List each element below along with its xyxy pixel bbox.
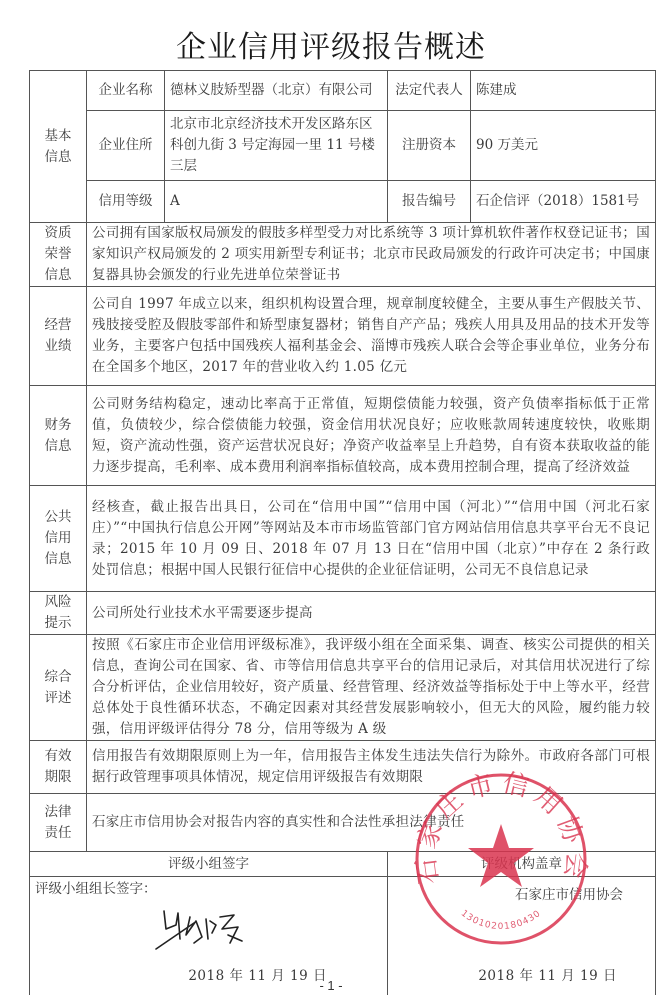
section-label-public-credit: 公共信用信息 (30, 486, 87, 592)
row-public-credit: 公共信用信息 经核查，截止报告出具日，公司在“信用中国”“信用中国（河北）”“信… (30, 486, 656, 592)
rating-team-signature-header: 评级小组签字 (30, 852, 388, 877)
row-qualifications: 资质荣誉信息 公司拥有国家版权局颁发的假肢多样型受力对比系统等 3 项计算机软件… (30, 223, 656, 287)
performance-text: 公司自 1997 年成立以来，组织机构设置合理，规章制度较健全，主要从事生产假肢… (87, 287, 656, 386)
section-label-basic-info: 基本信息 (30, 71, 87, 223)
row-legal: 法律责任 石家庄市信用协会对报告内容的真实性和合法性承担法律责任 (30, 794, 656, 852)
handwritten-signature (150, 899, 250, 959)
legal-rep-label: 法定代表人 (388, 71, 471, 111)
section-label-qualifications: 资质荣誉信息 (30, 223, 87, 287)
rating-agency-seal-header: 评级机构盖章 (388, 852, 656, 877)
company-name-value: 德林义肢矫型器（北京）有限公司 (165, 71, 388, 111)
summary-text: 按照《石家庄市企业信用评级标准》，我评级小组在全面采集、调查、核实公司提供的相关… (87, 635, 656, 741)
risk-text: 公司所处行业技术水平需要逐步提高 (87, 592, 656, 635)
validity-text: 信用报告有效期限原则上为一年，信用报告主体发生违法失信行为除外。市政府各部门可根… (87, 741, 656, 794)
page-number: - 1 - (0, 978, 662, 993)
address-label: 企业住所 (87, 111, 165, 181)
row-signature-headers: 评级小组签字 评级机构盖章 (30, 852, 656, 877)
legal-rep-value: 陈建成 (471, 71, 656, 111)
capital-label: 注册资本 (388, 111, 471, 181)
section-label-validity: 有效期限 (30, 741, 87, 794)
section-label-financial: 财务信息 (30, 386, 87, 486)
report-no-label: 报告编号 (388, 181, 471, 223)
qualifications-text: 公司拥有国家版权局颁发的假肢多样型受力对比系统等 3 项计算机软件著作权登记证书… (87, 223, 656, 287)
credit-grade-label: 信用等级 (87, 181, 165, 223)
report-no-value: 石企信评（2018）1581号 (471, 181, 656, 223)
financial-text: 公司财务结构稳定，速动比率高于正常值，短期偿债能力较强，资产负债率指标低于正常值… (87, 386, 656, 486)
document-title: 企业信用评级报告概述 (0, 22, 662, 66)
row-validity: 有效期限 信用报告有效期限原则上为一年，信用报告主体发生违法失信行为除外。市政府… (30, 741, 656, 794)
rating-agency-name: 石家庄市信用协会 (515, 885, 623, 906)
section-label-legal: 法律责任 (30, 794, 87, 852)
row-company-name: 基本信息 企业名称 德林义肢矫型器（北京）有限公司 法定代表人 陈建成 (30, 71, 656, 111)
row-financial: 财务信息 公司财务结构稳定，速动比率高于正常值，短期偿债能力较强，资产负债率指标… (30, 386, 656, 486)
row-summary: 综合评述 按照《石家庄市企业信用评级标准》，我评级小组在全面采集、调查、核实公司… (30, 635, 656, 741)
row-address: 企业住所 北京市北京经济技术开发区路东区科创九街 3 号定海园一里 11 号楼三… (30, 111, 656, 181)
section-label-performance: 经营业绩 (30, 287, 87, 386)
address-value: 北京市北京经济技术开发区路东区科创九街 3 号定海园一里 11 号楼三层 (165, 111, 388, 181)
row-risk: 风险提示 公司所处行业技术水平需要逐步提高 (30, 592, 656, 635)
public-credit-text: 经核查，截止报告出具日，公司在“信用中国”“信用中国（河北）”“信用中国（河北石… (87, 486, 656, 592)
credit-grade-value: A (165, 181, 388, 223)
report-table: 基本信息 企业名称 德林义肢矫型器（北京）有限公司 法定代表人 陈建成 企业住所… (29, 70, 656, 995)
section-label-risk: 风险提示 (30, 592, 87, 635)
section-label-summary: 综合评述 (30, 635, 87, 741)
team-leader-signature-label: 评级小组组长签字： (35, 879, 157, 900)
row-credit-grade: 信用等级 A 报告编号 石企信评（2018）1581号 (30, 181, 656, 223)
legal-text: 石家庄市信用协会对报告内容的真实性和合法性承担法律责任 (87, 794, 656, 852)
company-name-label: 企业名称 (87, 71, 165, 111)
row-performance: 经营业绩 公司自 1997 年成立以来，组织机构设置合理，规章制度较健全，主要从… (30, 287, 656, 386)
capital-value: 90 万美元 (471, 111, 656, 181)
